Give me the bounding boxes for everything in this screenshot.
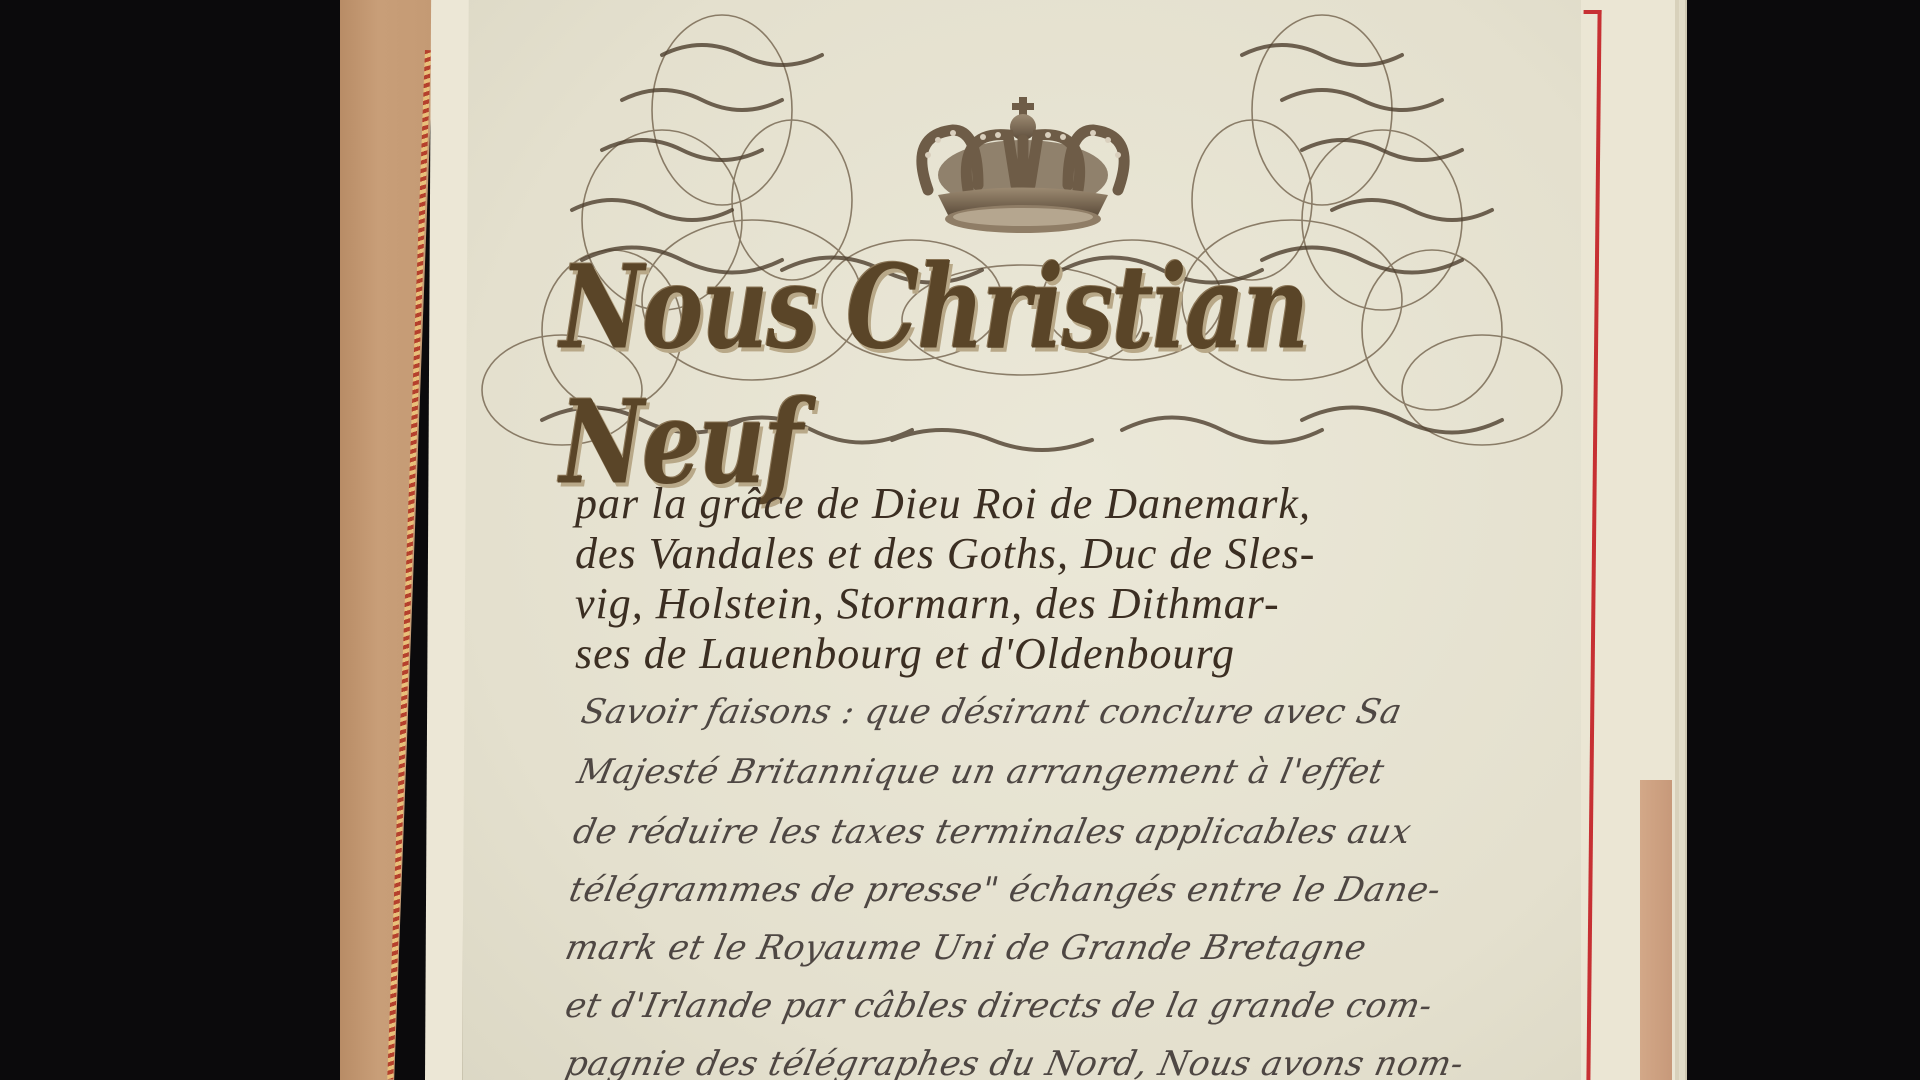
document-title: Nous Christian Neuf	[560, 300, 1520, 450]
handwritten-line: de réduire les taxes terminales applicab…	[570, 812, 1415, 852]
handwritten-line: mark et le Royaume Uni de Grande Bretagn…	[562, 928, 1370, 968]
handwritten-line: Savoir faisons : que désirant conclure a…	[578, 692, 1406, 732]
engraved-line: des Vandales et des Goths, Duc de Sles-	[575, 528, 1315, 579]
crown-icon	[898, 95, 1148, 235]
title-text: Nous Christian Neuf	[560, 240, 1520, 510]
folder-cover-right	[1640, 780, 1672, 1080]
handwritten-line: pagnie des télégraphes du Nord, Nous avo…	[562, 1044, 1468, 1080]
handwritten-line: télégrammes de presse" échangés entre le…	[566, 870, 1445, 910]
engraved-line: vig, Holstein, Stormarn, des Dithmar-	[575, 578, 1280, 629]
handwritten-line: et d'Irlande par câbles directs de la gr…	[562, 986, 1436, 1026]
engraved-line: par la grâce de Dieu Roi de Danemark,	[575, 478, 1311, 529]
engraved-line: ses de Lauenbourg et d'Oldenbourg	[575, 628, 1235, 679]
handwritten-line: Majesté Britannique un arrangement à l'e…	[574, 752, 1388, 792]
